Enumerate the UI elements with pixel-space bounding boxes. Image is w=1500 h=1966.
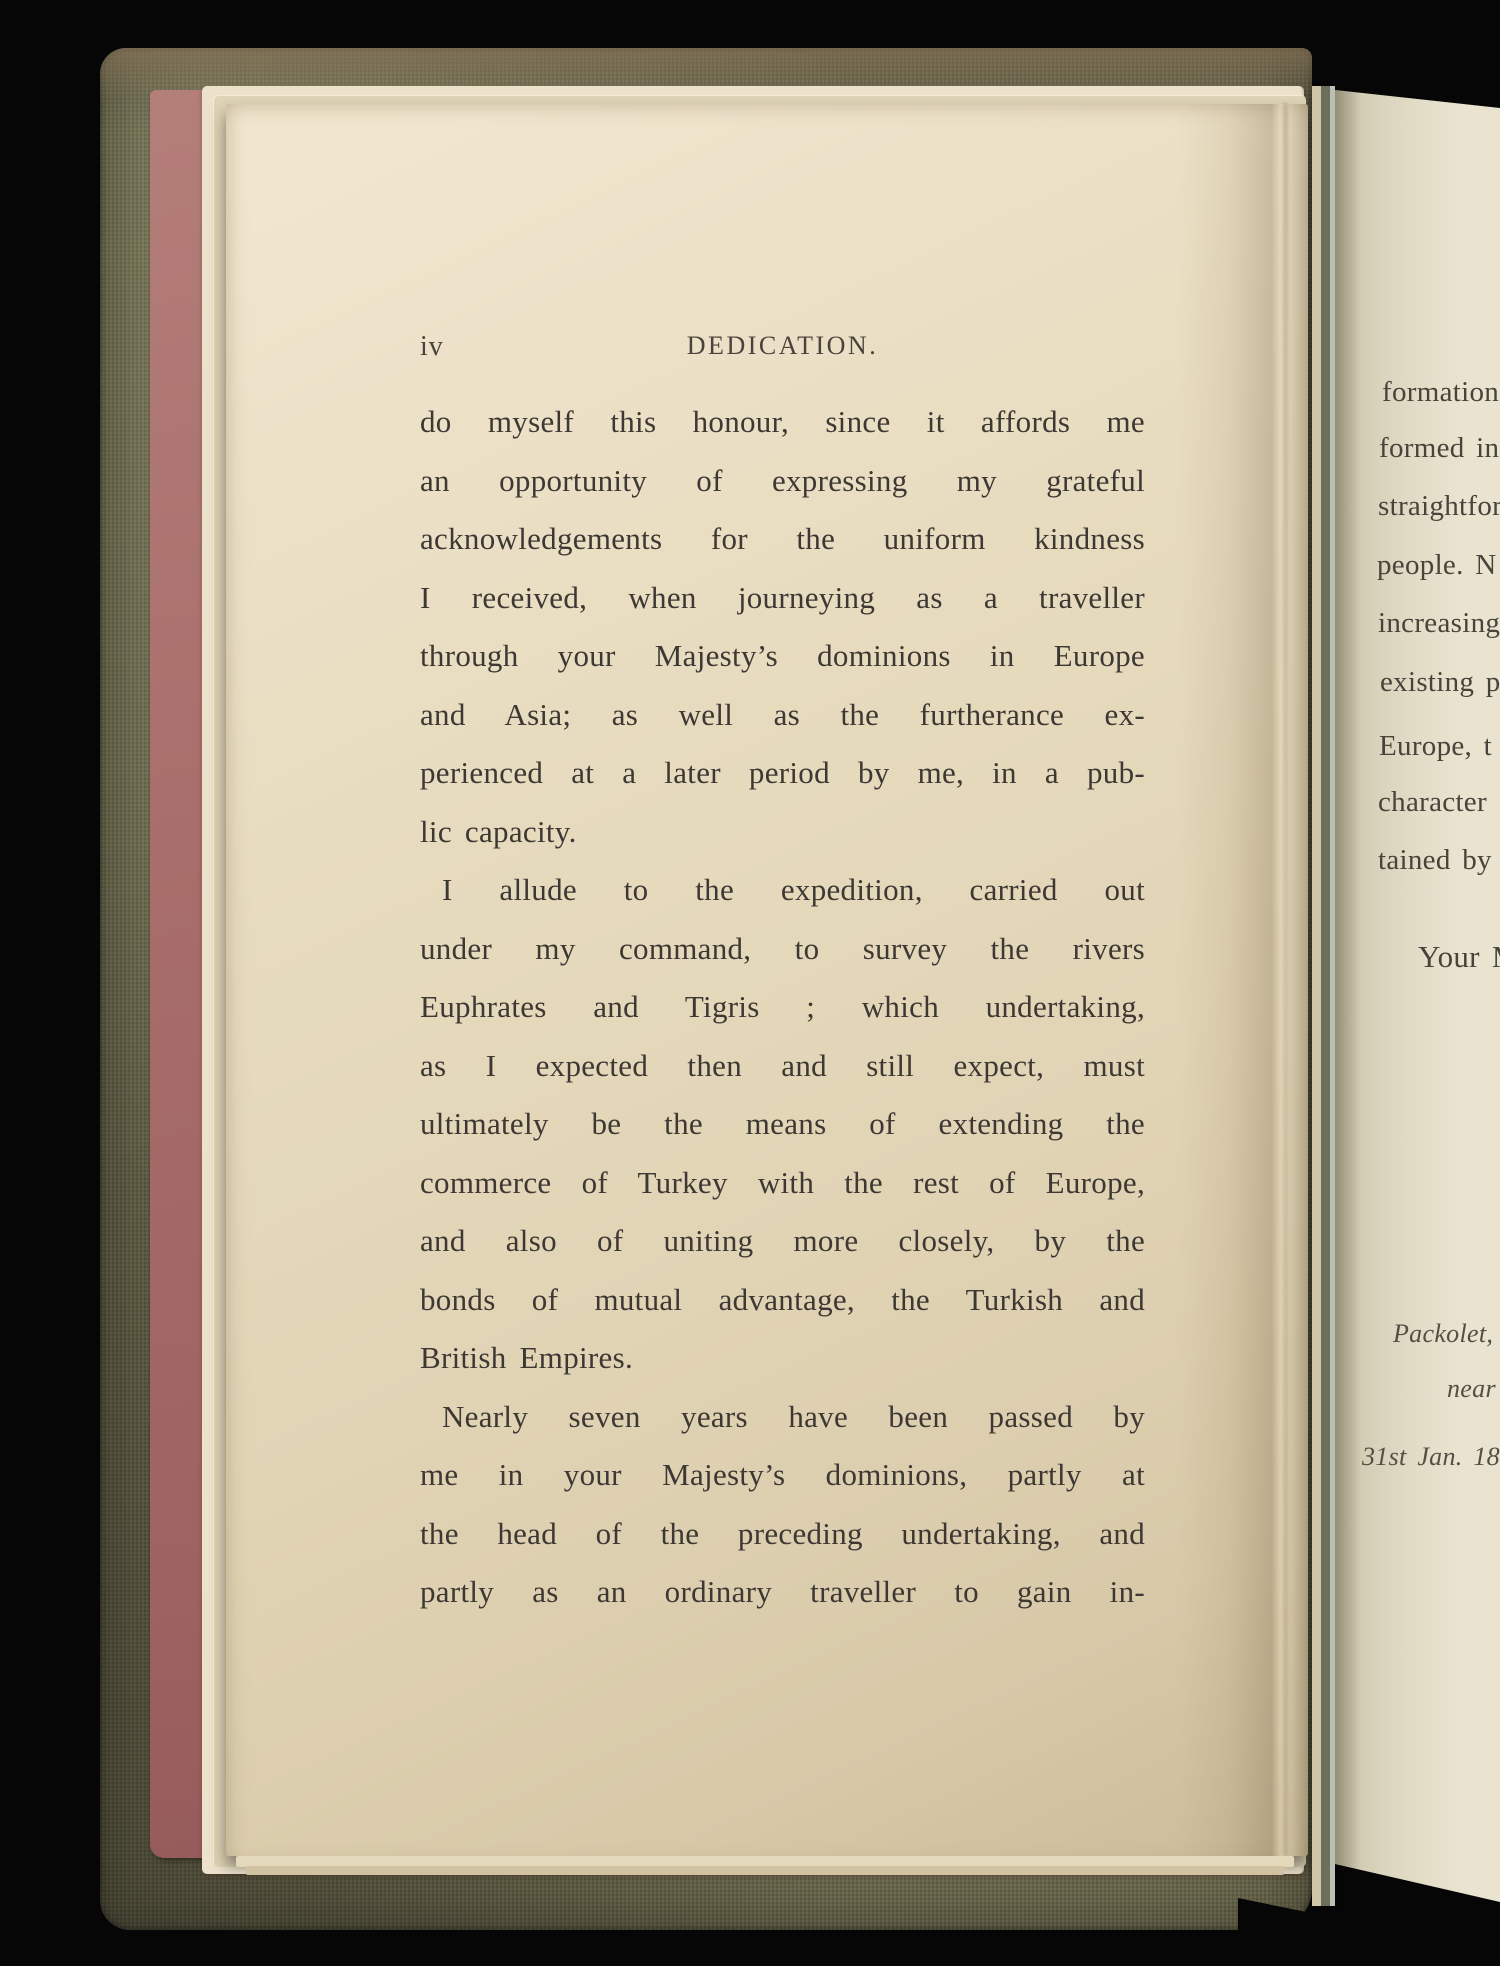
left-page: iv DEDICATION. do myself this honour, si… xyxy=(226,104,1308,1856)
text-line: and Asia; as well as the furtherance ex- xyxy=(420,686,1145,745)
right-page-fragment: 31st Jan. 1854 xyxy=(1362,1439,1500,1475)
text-line: bonds of mutual advantage, the Turkish a… xyxy=(420,1271,1145,1330)
text-line: through your Majesty’s dominions in Euro… xyxy=(420,627,1145,686)
book-photo-stage: iv DEDICATION. do myself this honour, si… xyxy=(0,0,1500,1966)
right-page-fragment: Packolet, xyxy=(1393,1316,1493,1352)
right-page-fragment: character xyxy=(1378,784,1487,820)
text-line: perienced at a later period by me, in a … xyxy=(420,744,1145,803)
text-line: acknowledgements for the uniform kindnes… xyxy=(420,510,1145,569)
text-line: commerce of Turkey with the rest of Euro… xyxy=(420,1154,1145,1213)
text-line: the head of the preceding undertaking, a… xyxy=(420,1505,1145,1564)
text-line: under my command, to survey the rivers xyxy=(420,920,1145,979)
dedication-body-text: do myself this honour, since it affords … xyxy=(420,393,1145,1622)
bottom-page-edge xyxy=(246,1866,1284,1875)
text-line: partly as an ordinary traveller to gain … xyxy=(420,1563,1145,1622)
right-page-fragment: Your M xyxy=(1418,939,1500,975)
text-line: ultimately be the means of extending the xyxy=(420,1095,1145,1154)
text-line: do myself this honour, since it affords … xyxy=(420,393,1145,452)
right-page-fragment: formed in xyxy=(1379,430,1499,466)
text-line: Euphrates and Tigris ; which undertaking… xyxy=(420,978,1145,1037)
page-number: iv xyxy=(420,330,444,364)
text-line: and also of uniting more closely, by the xyxy=(420,1212,1145,1271)
right-page-fragment: tained by xyxy=(1378,842,1492,878)
text-line: an opportunity of expressing my grateful xyxy=(420,452,1145,511)
right-page-fragment: existing p xyxy=(1380,664,1500,700)
text-line: Nearly seven years have been passed by xyxy=(420,1388,1145,1447)
text-line: me in your Majesty’s dominions, partly a… xyxy=(420,1446,1145,1505)
right-page: formation ;formed instraightforpeople. N… xyxy=(1335,0,1500,1966)
running-header: DEDICATION. xyxy=(420,329,1145,363)
right-page-fragment: formation ; xyxy=(1382,374,1500,410)
text-line: I received, when journeying as a travell… xyxy=(420,569,1145,628)
gutter-page-block-edge xyxy=(1312,86,1335,1906)
text-line: British Empires. xyxy=(420,1329,1145,1388)
text-line: lic capacity. xyxy=(420,803,1145,862)
text-line: I allude to the expedition, carried out xyxy=(420,861,1145,920)
right-page-fragment: Europe, t xyxy=(1379,728,1492,764)
right-page-fragment: people. N xyxy=(1377,547,1496,583)
right-page-fragment: straightfor xyxy=(1378,488,1500,524)
right-page-fragment: increasing xyxy=(1378,605,1500,641)
page-header: iv DEDICATION. xyxy=(420,329,1145,363)
right-page-fragment: near xyxy=(1447,1371,1496,1407)
text-line: as I expected then and still expect, mus… xyxy=(420,1037,1145,1096)
